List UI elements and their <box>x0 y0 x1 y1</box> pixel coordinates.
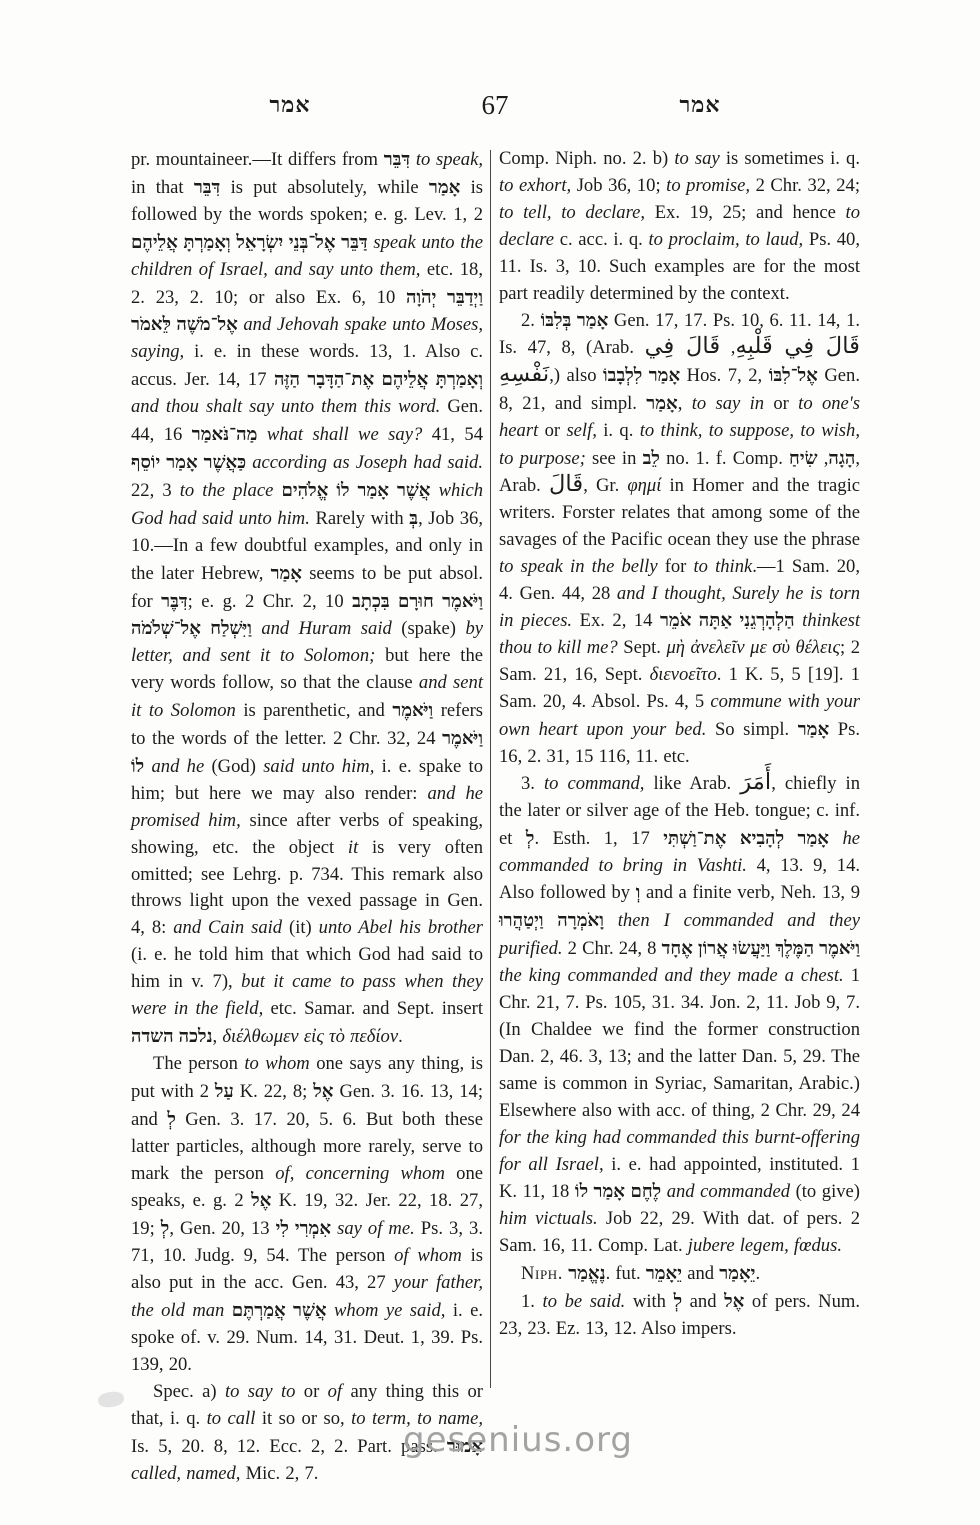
text-run: 41, 54 <box>422 424 483 445</box>
text-run: of, concerning whom <box>275 1163 445 1184</box>
text-run: Sept. <box>618 637 667 658</box>
text-run: to exhort, <box>499 175 571 196</box>
text-run: Spec. a) <box>153 1381 225 1402</box>
text-run: Job 36, 10; <box>571 175 666 196</box>
paragraph: Comp. Niph. no. 2. b) to say is sometime… <box>499 146 860 307</box>
text-run: הַלְהָרְגֵנִי אַתָּה אֹמֵר <box>660 610 795 630</box>
text-run: אָמַר לְהָבִיא אֶת־וַשְׁתִּי <box>663 828 829 848</box>
text-run: 2 Chr. 32, 24; <box>750 175 860 196</box>
text-run: וַיֹּאמֶר הַמֶּלֶךְ וַיַּעֲשׂוּ אֲרוֹן א… <box>662 938 860 958</box>
text-run: אֶל <box>724 1291 744 1311</box>
text-run: בְּ <box>409 508 418 528</box>
text-run: דַּבֵּר אֶל־בְּנֵי יִשְׂרָאֵל וְאָמַרְתָ… <box>131 232 368 252</box>
text-run: 1. <box>521 1291 543 1312</box>
text-run: (spake) <box>392 618 466 639</box>
text-run: etc. Samar. and Sept. insert <box>263 998 483 1019</box>
text-run: and a finite verb, Neh. 13, 9 <box>640 882 860 903</box>
text-run: to say <box>674 148 719 169</box>
text-run: to be said. <box>543 1291 626 1312</box>
text-run: of whom <box>394 1245 462 1266</box>
text-run: Comp. Niph. no. 2. b) <box>499 148 674 169</box>
text-run: אָמַר <box>429 177 460 197</box>
text-run: self, <box>566 420 596 441</box>
text-run: אֶל <box>251 1190 271 1210</box>
text-run: is parenthetic, and <box>236 700 392 721</box>
text-run: יֵאָמַר <box>719 1263 755 1283</box>
text-run: עַל <box>215 1081 234 1101</box>
text-run: and <box>682 1291 724 1312</box>
text-run: אָמַר לִלְבָבוֹ <box>603 365 680 385</box>
text-run: is sometimes i. q. <box>720 148 860 169</box>
text-run: διέλθωμεν εἰς τὸ πεδίον <box>222 1026 398 1047</box>
text-run: אָמַר <box>798 719 829 739</box>
text-run: וַיֹּאמֶר <box>392 700 433 720</box>
paragraph: Niph. נֶאֱמַר. fut. יֵאָמֵר and יֵאָמַר. <box>499 1260 860 1288</box>
text-run: , Gr. <box>583 475 627 496</box>
text-run: , <box>818 448 829 469</box>
text-run: דִּבֶּר <box>161 591 188 611</box>
text-run: Hos. 7, 2, <box>680 365 769 386</box>
text-run: أَمَرَ <box>740 769 771 794</box>
text-run: , <box>678 393 692 414</box>
text-run: (it) <box>282 917 319 938</box>
text-run: מַה־נֹּאמַר <box>192 424 258 444</box>
header-keyword-right: אמר <box>645 92 755 118</box>
text-run: the king commanded and they made a chest… <box>499 965 844 986</box>
text-run: , Gen. 20, 13 <box>169 1218 275 1239</box>
text-run: אָמַר <box>646 393 677 413</box>
left-column: pr. mountaineer.—It differs from דִּבֵּר… <box>131 146 483 1487</box>
text-run: הָגָה <box>828 448 855 468</box>
text-run: אָמַר <box>271 563 302 583</box>
text-run: to whom <box>244 1053 309 1074</box>
text-run: and Cain said <box>173 917 282 938</box>
text-run: נֶאֱמַר <box>568 1263 605 1283</box>
text-run: לְ <box>674 1291 683 1311</box>
text-run: נלכה השדה <box>131 1026 213 1046</box>
text-run: Niph. <box>521 1263 563 1284</box>
text-run: אָמַר בְּלִבּוֹ <box>541 310 609 330</box>
text-run: of <box>328 1381 342 1402</box>
text-run: (God) <box>204 756 263 777</box>
text-run: to speak in the belly <box>499 556 658 577</box>
text-run: 2 Chr. 24, 8 <box>563 938 662 959</box>
text-run: or <box>295 1381 327 1402</box>
page-number: 67 <box>430 90 560 121</box>
text-run: אֶל־לִבּוֹ <box>769 365 818 385</box>
text-run: to think <box>694 556 753 577</box>
text-run: whom ye said, <box>327 1300 446 1321</box>
watermark: gesenius.org <box>0 1420 980 1460</box>
text-run: with <box>625 1291 673 1312</box>
text-run: ; e. g. 2 Chr. 2, 10 <box>188 591 352 612</box>
text-run: μὴ ἀνελεῖν με σὺ θέλεις <box>666 637 840 658</box>
paragraph: 2. אָמַר בְּלִבּוֹ Gen. 17, 17. Ps. 10, … <box>499 307 860 770</box>
text-run: אֲשֶׁר אָמַר לוֹ אֱלֹהִים <box>281 480 430 500</box>
text-run: قَالَ <box>549 471 583 496</box>
column-divider-rule <box>490 150 491 1388</box>
text-run: him victuals. <box>499 1208 598 1229</box>
text-run: or <box>764 393 798 414</box>
text-run: said unto him, <box>263 756 374 777</box>
paragraph: pr. mountaineer.—It differs from דִּבֵּר… <box>131 146 483 1051</box>
text-run: 2. <box>521 310 541 331</box>
text-run: see in <box>586 448 643 469</box>
text-run: for <box>658 556 694 577</box>
text-run: to proclaim, to laud, <box>648 229 803 250</box>
paragraph: 3. to command, like Arab. أَمَرَ, chiefl… <box>499 771 860 1260</box>
text-run: Mic. 2, 7. <box>240 1463 318 1484</box>
text-run: pr. mountaineer.—It differs from <box>131 149 384 170</box>
text-run: and he <box>144 756 204 777</box>
text-run: it <box>348 837 358 858</box>
text-run: and commanded <box>661 1181 790 1202</box>
text-run: to tell, to declare, <box>499 202 645 223</box>
text-run: i. q. <box>597 420 640 441</box>
text-run: . <box>755 1263 760 1284</box>
text-run: called, named, <box>131 1463 240 1484</box>
paragraph: 1. to be said. with לְ and אֶל of pers. … <box>499 1288 860 1343</box>
text-run: לֶחֶם אָמַר לוֹ <box>575 1181 661 1201</box>
text-run: قَالَ فِي قَلْبِهِ <box>735 333 860 358</box>
text-run: c. acc. i. q. <box>554 229 648 250</box>
scanned-lexicon-page: אמר 67 אמר pr. mountaineer.—It differs f… <box>0 0 980 1525</box>
header-keyword-left: אמר <box>235 92 345 118</box>
text-run: The person <box>153 1053 244 1074</box>
text-run: , <box>213 1026 223 1047</box>
text-run: . fut. <box>606 1263 646 1284</box>
text-run: unto Abel his brother <box>319 917 483 938</box>
text-run: דִּבֵּר <box>194 177 221 197</box>
text-run: כַּאֲשֶׁר אָמַר יוֹסֵף <box>131 452 246 472</box>
paragraph: The person to whom one says any thing, i… <box>131 1051 483 1379</box>
text-run: לְ <box>167 1109 176 1129</box>
text-run: to command, <box>544 773 644 794</box>
text-run: to say to <box>225 1381 295 1402</box>
text-run: say of me. <box>331 1218 415 1239</box>
text-run: no. 1. f. Comp. <box>660 448 789 469</box>
text-run: to speak, <box>410 149 483 170</box>
scan-smudge-artifact <box>97 1390 125 1408</box>
text-run: and thou shalt say unto them this word. <box>131 396 440 417</box>
text-run: (to give) <box>790 1181 860 1202</box>
text-run: διενοεῖτο <box>650 664 717 685</box>
text-run: שִׂיחַ <box>789 448 817 468</box>
text-run: and <box>682 1263 719 1284</box>
text-run: אֲשֶׁר אֲמַרְתֶּם <box>232 1300 327 1320</box>
text-run: לֵב <box>643 448 660 468</box>
text-run: jubere legem, fœdus. <box>688 1235 842 1256</box>
text-run: φημί <box>627 475 661 496</box>
text-run: אֶל <box>313 1081 333 1101</box>
text-run: יֵאָמֵר <box>646 1263 682 1283</box>
text-run: , <box>720 337 735 358</box>
text-run: Ex. 19, 25; and hence <box>645 202 846 223</box>
text-run: Rarely with <box>310 508 409 529</box>
text-run: to promise, <box>666 175 750 196</box>
text-run: Ex. 2, 14 <box>572 610 660 631</box>
text-run: אִמְרִי לִי <box>276 1218 331 1238</box>
text-run: like Arab. <box>644 773 740 794</box>
text-run: וְאָמַרְתָּ אֲלֵיהֶם אֶת־הַדָּבָר הַזֶּה <box>274 369 483 389</box>
text-run: is put absolutely, while <box>220 177 429 198</box>
text-run: 22, 3 <box>131 480 180 501</box>
right-column: Comp. Niph. no. 2. b) to say is sometime… <box>499 146 860 1343</box>
text-run: what shall we say? <box>257 424 422 445</box>
text-run: . Esth. 1, 17 <box>534 828 663 849</box>
text-run: 1 Chr. 21, 7. Ps. 105, 31. 34. Jon. 2, 1… <box>499 965 860 1121</box>
text-run: וָאֹמְרָה וַיְטַהֲרוּ <box>499 910 604 930</box>
text-run: in that <box>131 177 194 198</box>
text-run: So simpl. <box>706 719 797 740</box>
text-run: or <box>538 420 566 441</box>
text-run: to say in <box>692 393 764 414</box>
text-run: according as Joseph had said. <box>246 452 483 473</box>
text-run: and Huram said <box>252 618 392 639</box>
text-run: . <box>398 1026 403 1047</box>
running-head: אמר 67 אמר <box>0 90 980 126</box>
text-run: דִּבֵּר <box>384 149 411 169</box>
text-run: to the place <box>180 480 282 501</box>
text-run: 3. <box>521 773 544 794</box>
text-run: ,) also <box>549 365 603 386</box>
